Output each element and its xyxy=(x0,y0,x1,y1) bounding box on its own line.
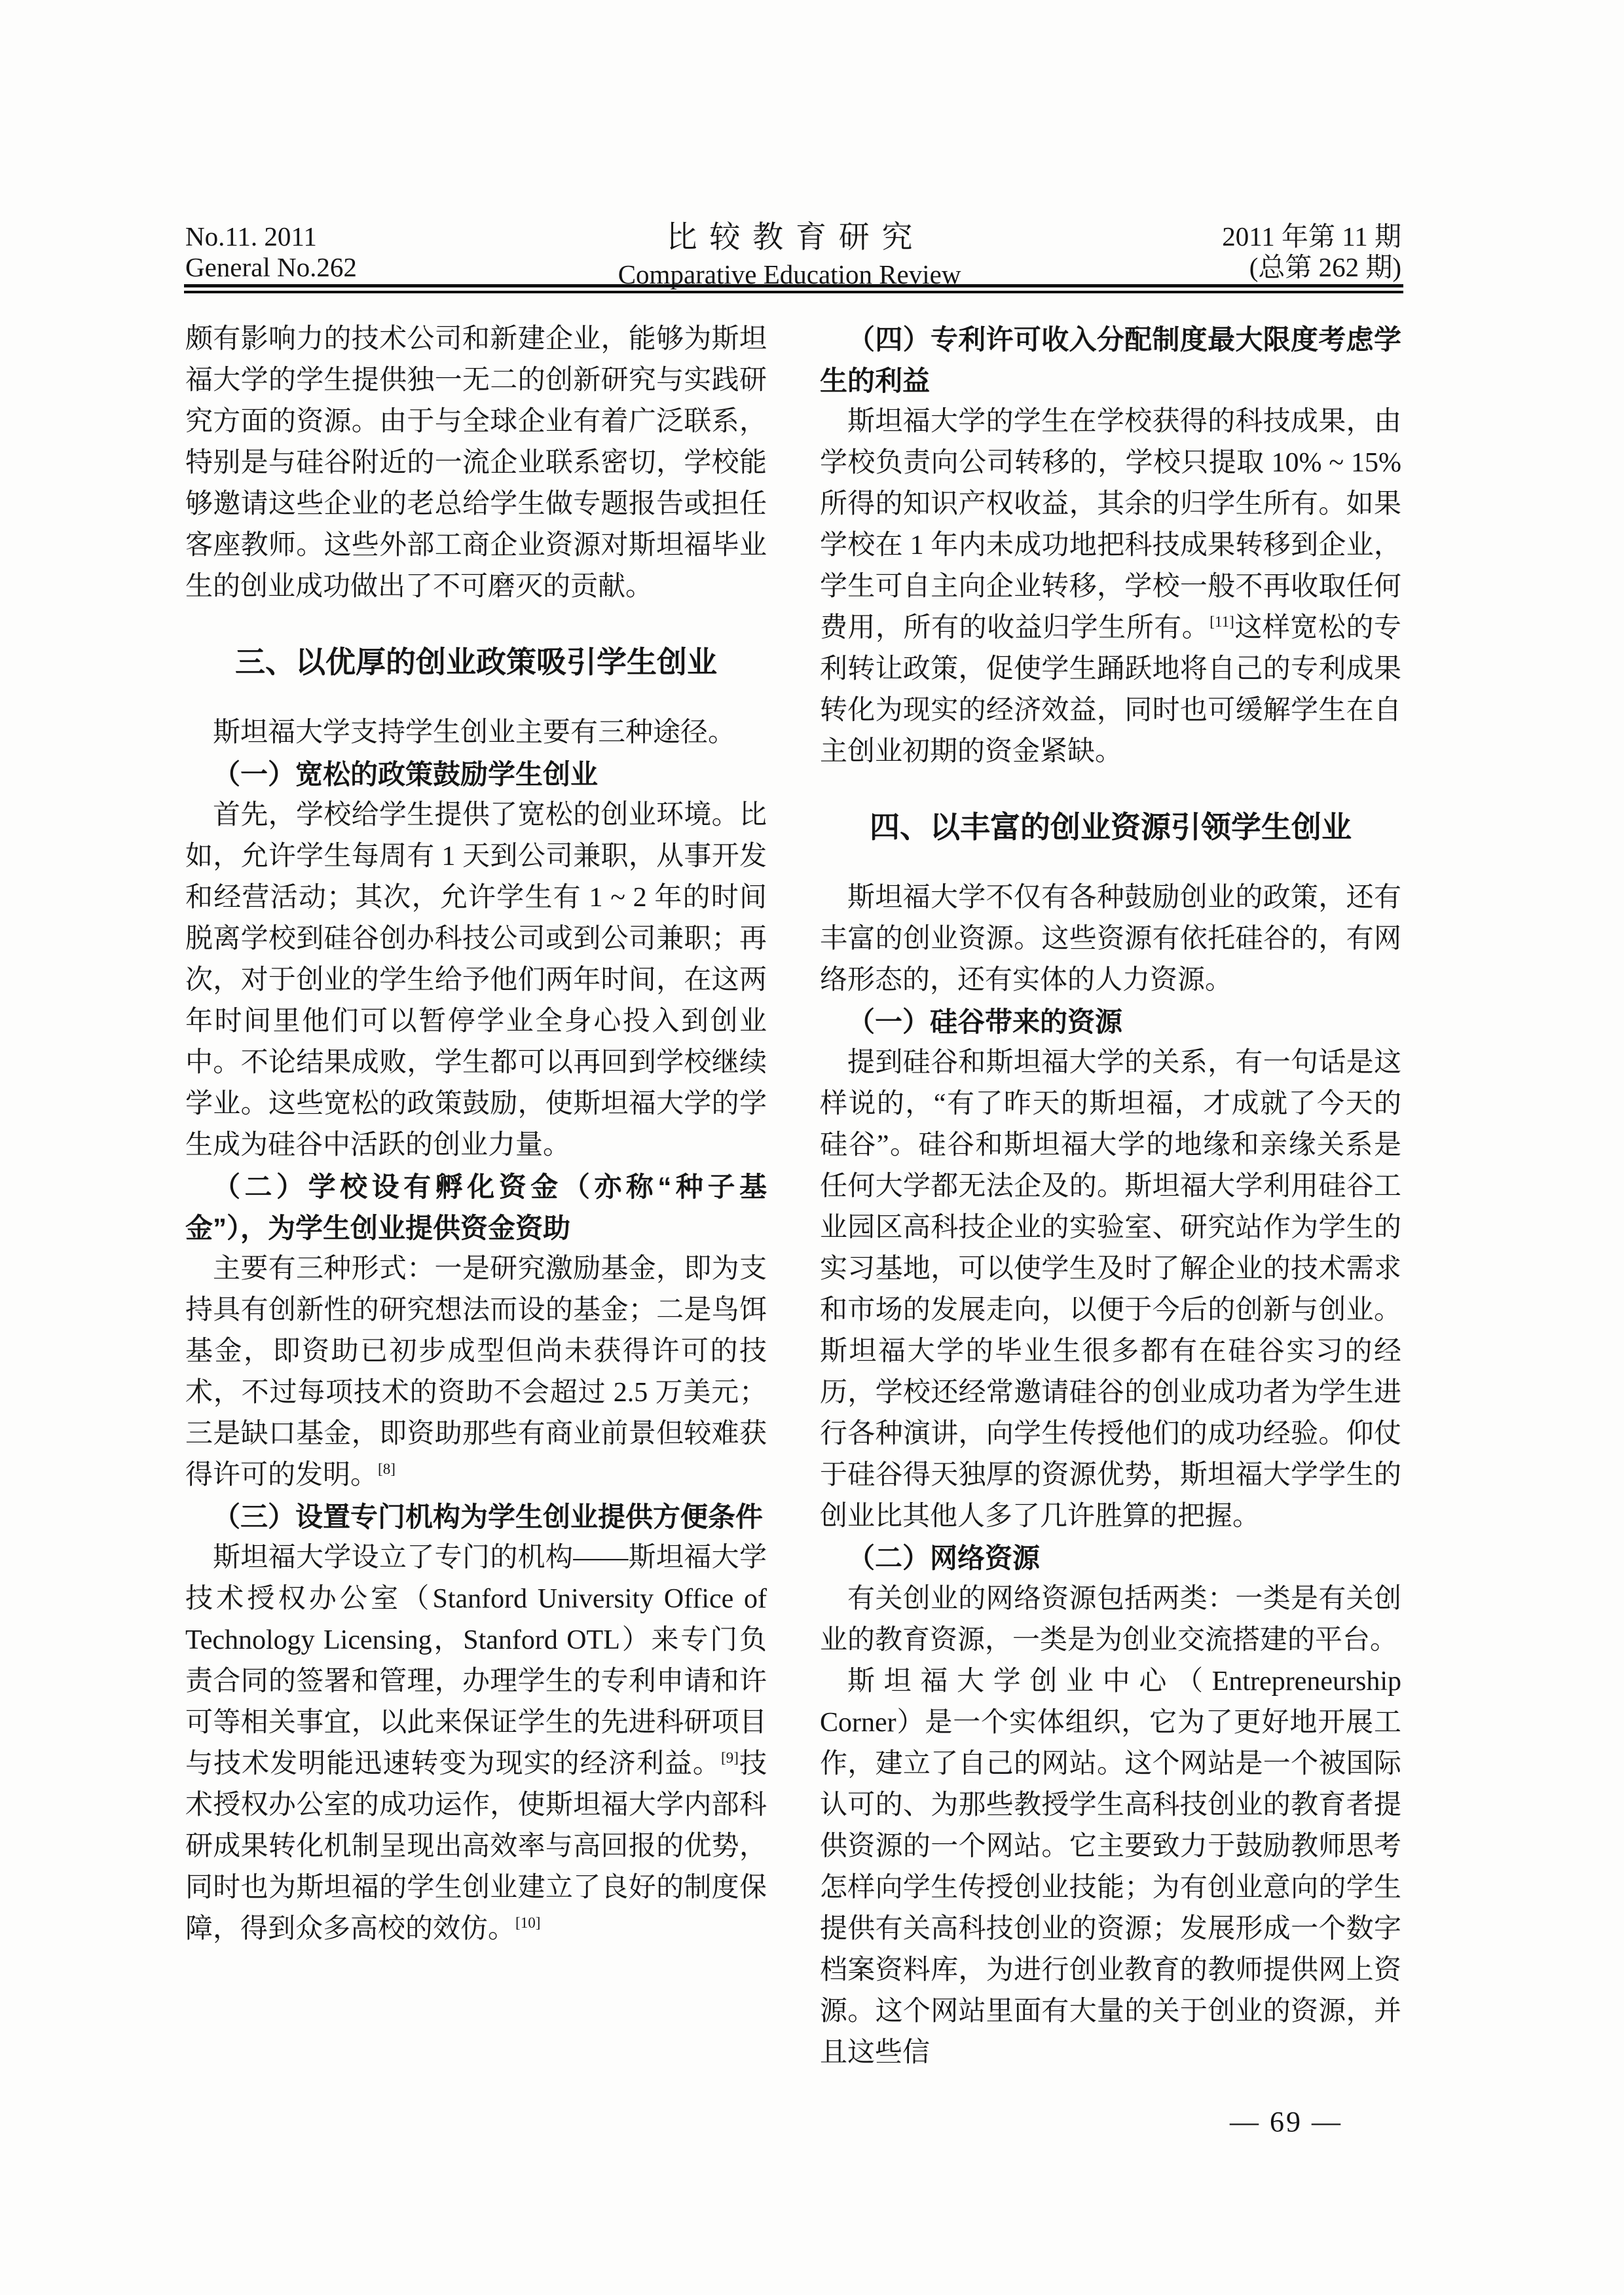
issue-no-line: No.11. 2011 xyxy=(185,221,357,252)
subheading: （二）学校设有孵化资金（亦称“种子基金”），为学生创业提供资金资助 xyxy=(185,1166,767,1249)
header-rule xyxy=(184,284,1403,293)
article-body: 颇有影响力的技术公司和新建企业，能够为斯坦福大学的学生提供独一无二的创新研究与实… xyxy=(185,319,1401,2142)
journal-title-zh: 比较教育研究 xyxy=(618,221,974,254)
subheading: （一）硅谷带来的资源 xyxy=(820,1001,1401,1042)
left-column: 颇有影响力的技术公司和新建企业，能够为斯坦福大学的学生提供独一无二的创新研究与实… xyxy=(185,319,767,2142)
paragraph: 斯坦福大学设立了专门的机构——斯坦福大学技术授权办公室（Stanford Uni… xyxy=(185,1537,767,1950)
page-number: — 69 — xyxy=(820,2101,1401,2142)
journal-page: No.11. 2011 General No.262 比较教育研究 Compar… xyxy=(0,0,1624,2295)
paragraph: 斯坦福大学不仅有各种鼓励创业的政策，还有丰富的创业资源。这些资源有依托硅谷的，有… xyxy=(820,877,1401,1001)
citation-marker: [11] xyxy=(1209,613,1234,630)
paragraph: 斯坦福大学的学生在学校获得的科技成果，由学校负责向公司转移的，学校只提取 10%… xyxy=(820,401,1401,773)
issue-line-zh: 2011 年第 11 期 xyxy=(1222,221,1401,252)
general-no-line: General No.262 xyxy=(185,252,357,283)
paragraph: 主要有三种形式：一是研究激励基金，即为支持具有创新性的研究想法而设的基金；二是鸟… xyxy=(185,1249,767,1496)
paragraph: 有关创业的网络资源包括两类：一类是有关创业的教育资源，一类是为创业交流搭建的平台… xyxy=(820,1579,1401,1661)
volume-line-zh: (总第 262 期) xyxy=(1222,252,1401,283)
issue-info-en: No.11. 2011 General No.262 xyxy=(185,221,357,283)
paragraph: 斯坦福大学支持学生创业主要有三种途径。 xyxy=(185,712,767,754)
paragraph: 提到硅谷和斯坦福大学的关系，有一句话是这样说的，“有了昨天的斯坦福，才成就了今天… xyxy=(820,1042,1401,1537)
issue-info-zh: 2011 年第 11 期 (总第 262 期) xyxy=(1222,221,1401,283)
section-heading: 四、以丰富的创业资源引领学生创业 xyxy=(820,807,1401,847)
citation-marker: [10] xyxy=(515,1914,540,1931)
right-column: （四）专利许可收入分配制度最大限度考虑学生的利益斯坦福大学的学生在学校获得的科技… xyxy=(820,319,1401,2142)
paragraph: 首先，学校给学生提供了宽松的创业环境。比如，允许学生每周有 1 天到公司兼职，从… xyxy=(185,795,767,1166)
subheading: （一）宽松的政策鼓励学生创业 xyxy=(185,754,767,795)
citation-marker: [9] xyxy=(721,1749,739,1766)
page-header: No.11. 2011 General No.262 比较教育研究 Compar… xyxy=(185,221,1401,289)
citation-marker: [8] xyxy=(378,1460,396,1477)
subheading: （三）设置专门机构为学生创业提供方便条件 xyxy=(185,1496,767,1537)
subheading: （二）网络资源 xyxy=(820,1537,1401,1579)
subheading: （四）专利许可收入分配制度最大限度考虑学生的利益 xyxy=(820,319,1401,401)
paragraph: 颇有影响力的技术公司和新建企业，能够为斯坦福大学的学生提供独一无二的创新研究与实… xyxy=(185,319,767,608)
paragraph: 斯坦福大学创业中心（Entrepreneurship Corner）是一个实体组… xyxy=(820,1661,1401,2074)
section-heading: 三、以优厚的创业政策吸引学生创业 xyxy=(185,642,767,682)
journal-title: 比较教育研究 Comparative Education Review xyxy=(618,221,961,289)
